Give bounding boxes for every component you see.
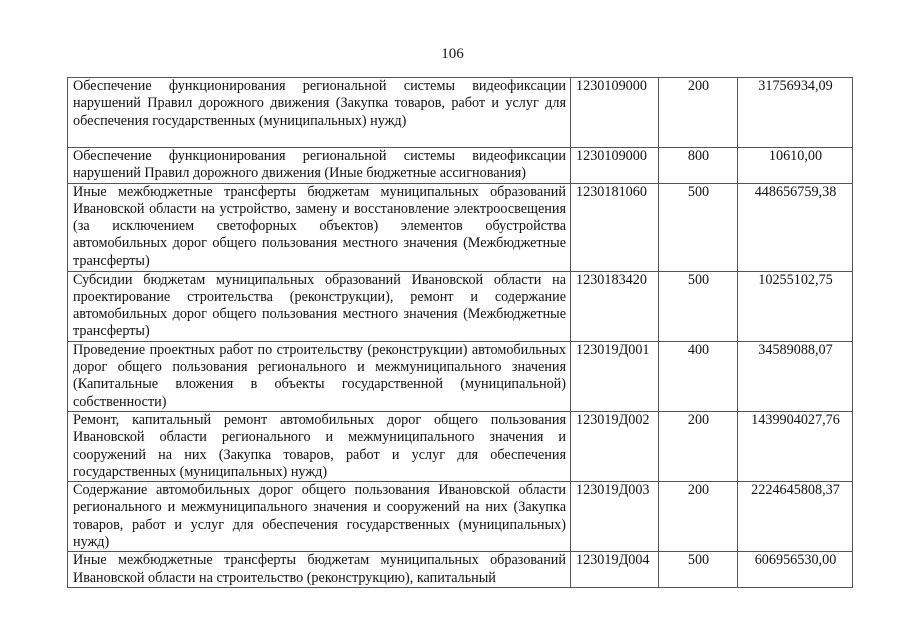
table-row: Ремонт, капитальный ремонт автомобильных… [68,411,853,481]
target-code-cell: 1230181060 [571,183,659,271]
target-code-cell: 123019Д001 [571,341,659,411]
item-name-cell: Обеспечение функционирования регионально… [68,78,571,148]
item-name-cell: Иные межбюджетные трансферты бюджетам му… [68,552,571,588]
expense-type-cell: 400 [659,341,738,411]
amount-cell: 1439904027,76 [738,411,853,481]
item-name-cell: Иные межбюджетные трансферты бюджетам му… [68,183,571,271]
target-code-cell: 123019Д002 [571,411,659,481]
amount-cell: 448656759,38 [738,183,853,271]
item-name-cell: Субсидии бюджетам муниципальных образова… [68,271,571,341]
expense-type-cell: 200 [659,482,738,552]
target-code-cell: 1230183420 [571,271,659,341]
page-number: 106 [0,45,905,63]
table-row: Иные межбюджетные трансферты бюджетам му… [68,552,853,588]
amount-cell: 606956530,00 [738,552,853,588]
budget-table: Обеспечение функционирования регионально… [67,77,853,588]
expense-type-cell: 500 [659,183,738,271]
amount-cell: 10610,00 [738,148,853,184]
expense-type-cell: 500 [659,271,738,341]
target-code-cell: 1230109000 [571,78,659,148]
item-name-cell: Проведение проектных работ по строительс… [68,341,571,411]
item-name-cell: Обеспечение функционирования регионально… [68,148,571,184]
target-code-cell: 123019Д003 [571,482,659,552]
expense-type-cell: 200 [659,78,738,148]
item-name-cell: Ремонт, капитальный ремонт автомобильных… [68,411,571,481]
table-row: Иные межбюджетные трансферты бюджетам му… [68,183,853,271]
table-row: Обеспечение функционирования регионально… [68,148,853,184]
amount-cell: 10255102,75 [738,271,853,341]
table-row: Проведение проектных работ по строительс… [68,341,853,411]
target-code-cell: 1230109000 [571,148,659,184]
amount-cell: 34589088,07 [738,341,853,411]
table-row: Содержание автомобильных дорог общего по… [68,482,853,552]
expense-type-cell: 800 [659,148,738,184]
table-row: Субсидии бюджетам муниципальных образова… [68,271,853,341]
table-row: Обеспечение функционирования регионально… [68,78,853,148]
amount-cell: 2224645808,37 [738,482,853,552]
item-name-cell: Содержание автомобильных дорог общего по… [68,482,571,552]
amount-cell: 31756934,09 [738,78,853,148]
expense-type-cell: 500 [659,552,738,588]
target-code-cell: 123019Д004 [571,552,659,588]
expense-type-cell: 200 [659,411,738,481]
